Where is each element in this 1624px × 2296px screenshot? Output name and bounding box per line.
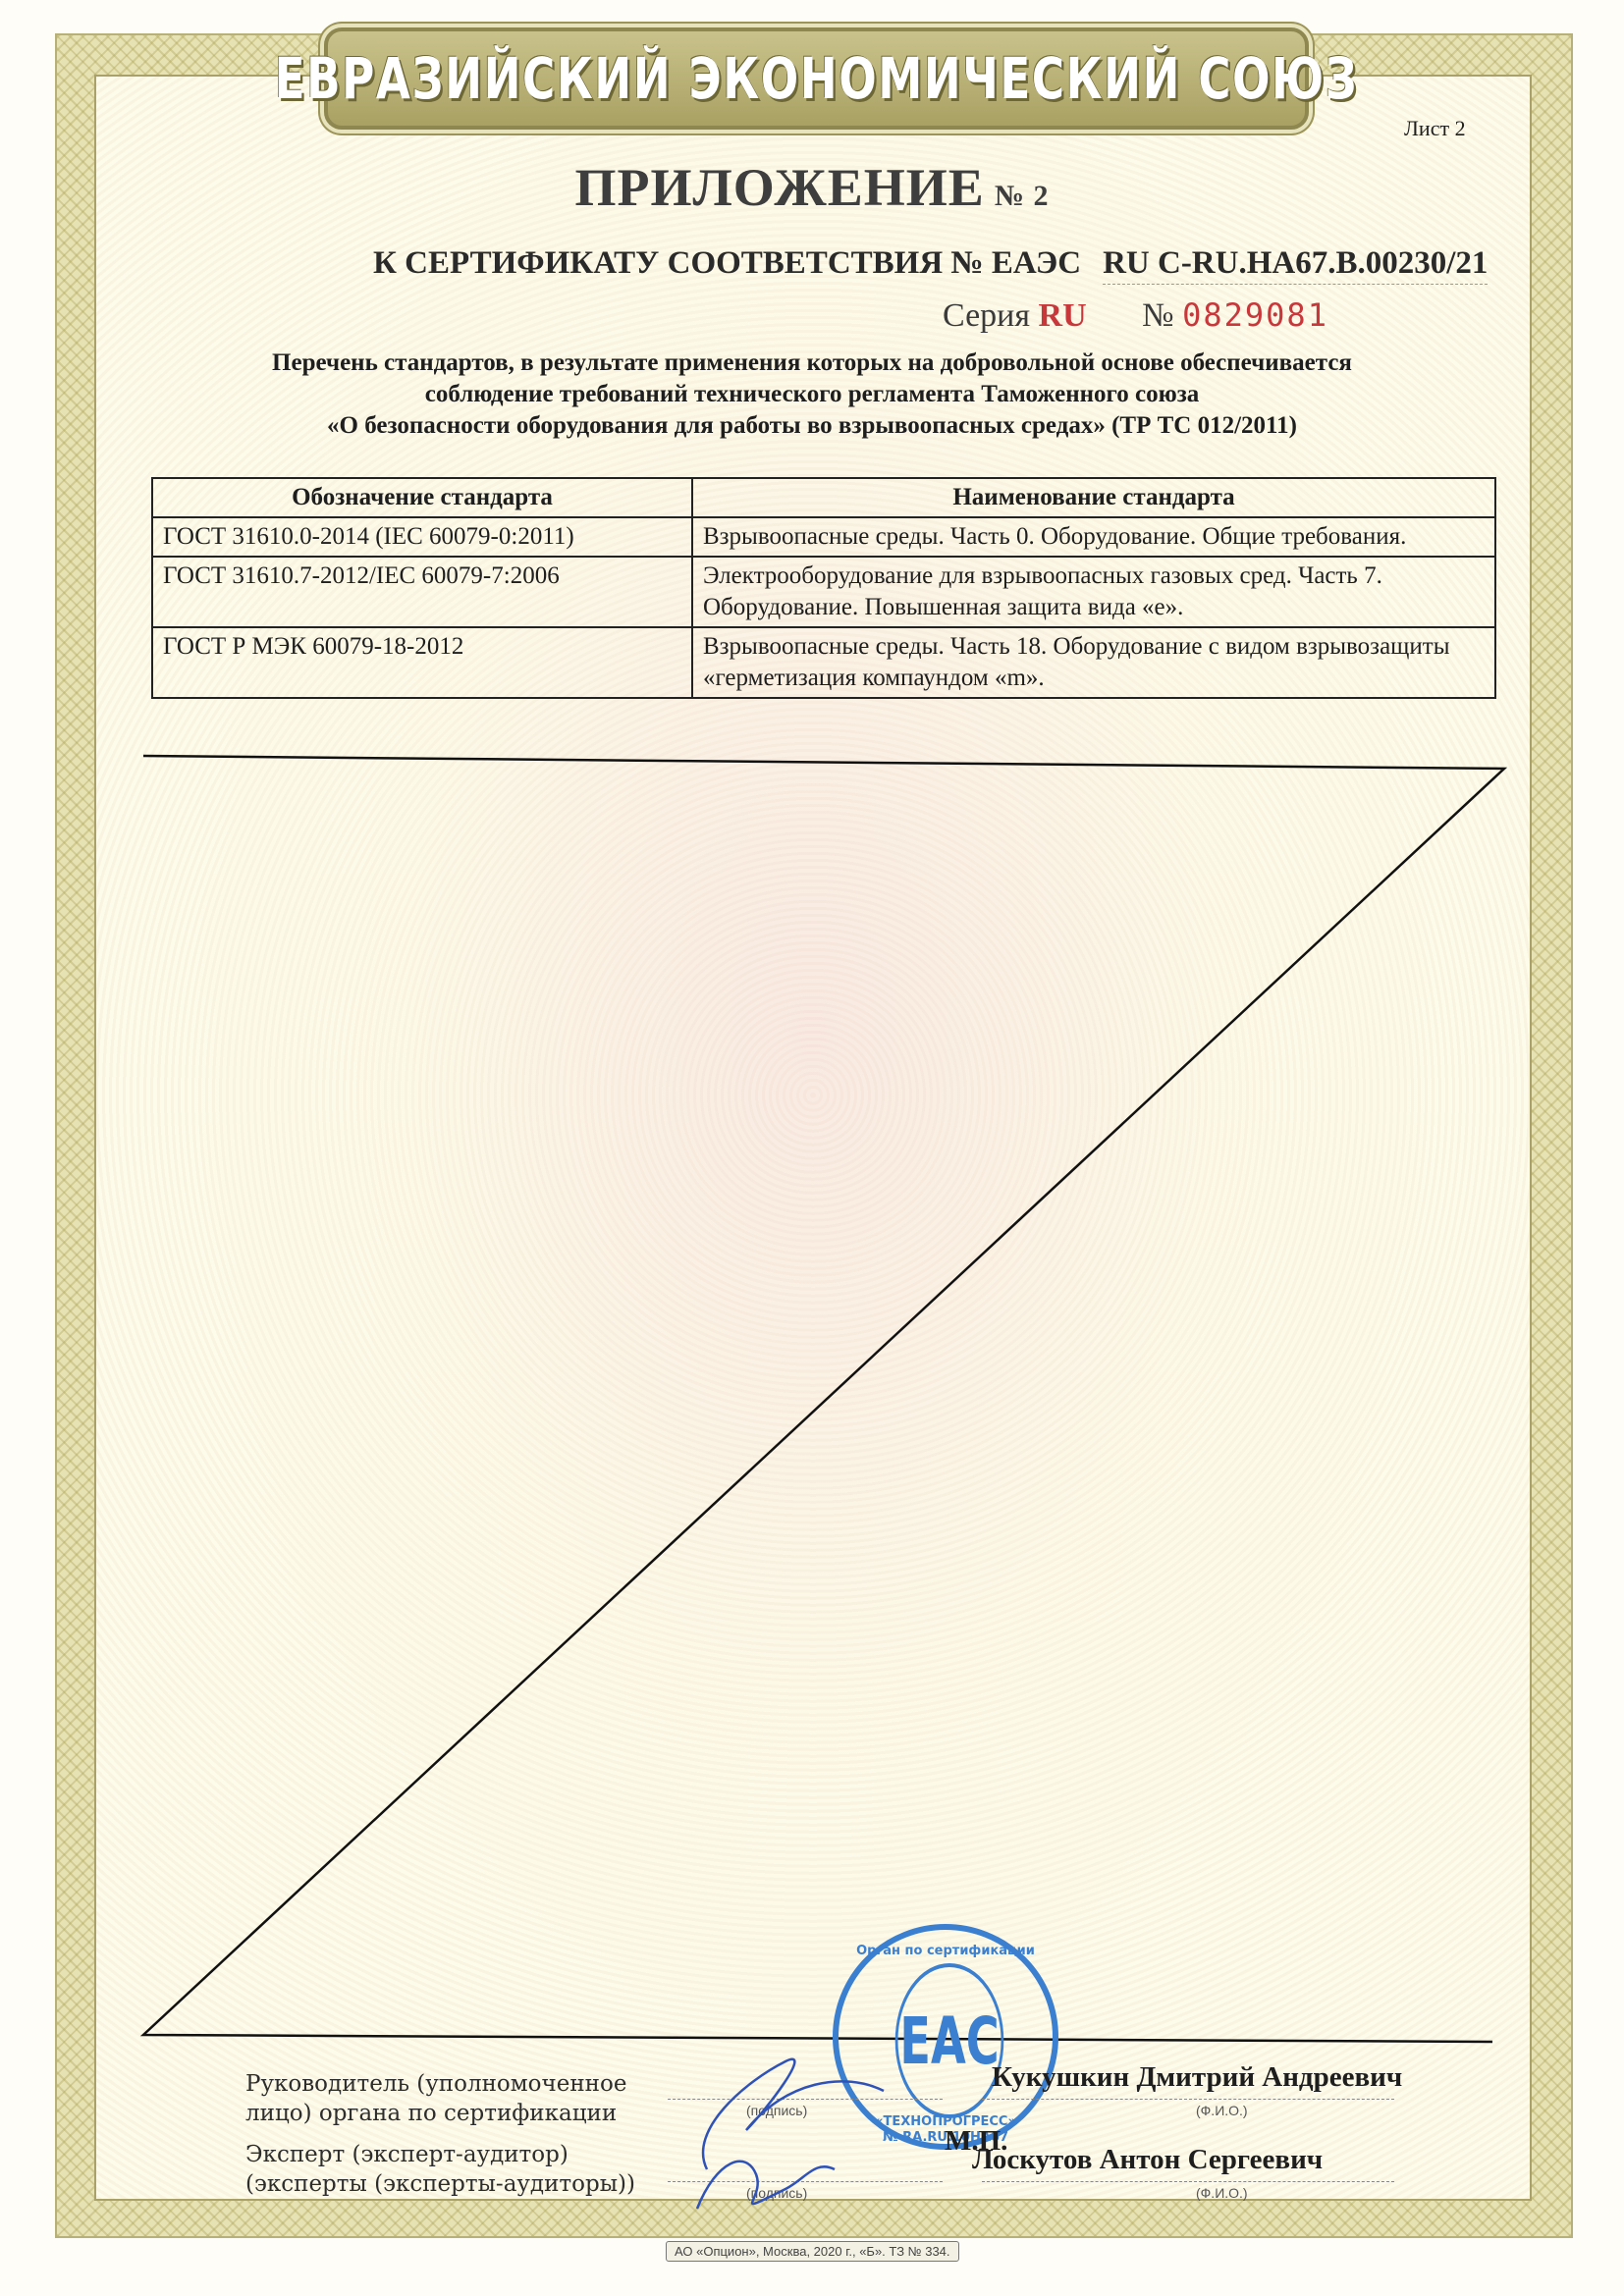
printer-imprint: АО «Опцион», Москва, 2020 г., «Б». ТЗ № … [666, 2241, 959, 2262]
handwritten-signatures [0, 0, 1624, 2296]
